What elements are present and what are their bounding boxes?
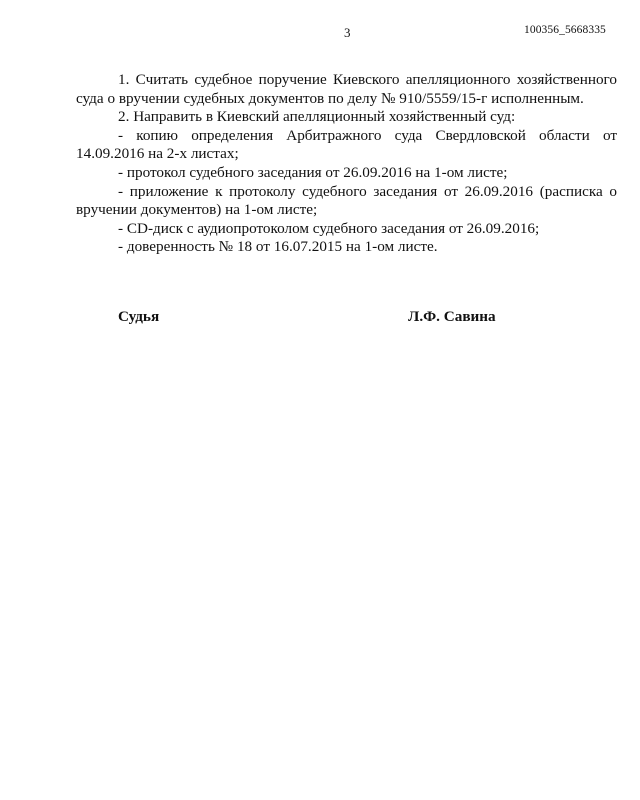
list-item-attachment: - CD-диск с аудиопротоколом судебного за… (76, 220, 617, 239)
list-item-attachment: - копию определения Арбитражного суда Св… (76, 127, 617, 164)
signature-name: Л.Ф. Савина (408, 308, 496, 326)
document-body: 1. Считать судебное поручение Киевского … (76, 71, 617, 257)
list-item-attachment: - приложение к протоколу судебного засед… (76, 183, 617, 220)
page-number: 3 (344, 25, 351, 41)
document-id: 100356_5668335 (524, 24, 606, 36)
list-item-attachment: - доверенность № 18 от 16.07.2015 на 1-о… (76, 238, 617, 257)
list-item-attachment: - протокол судебного заседания от 26.09.… (76, 164, 617, 183)
signature-role: Судья (118, 308, 159, 326)
paragraph-resolution-2: 2. Направить в Киевский апелляционный хо… (76, 108, 617, 127)
paragraph-resolution-1: 1. Считать судебное поручение Киевского … (76, 71, 617, 108)
